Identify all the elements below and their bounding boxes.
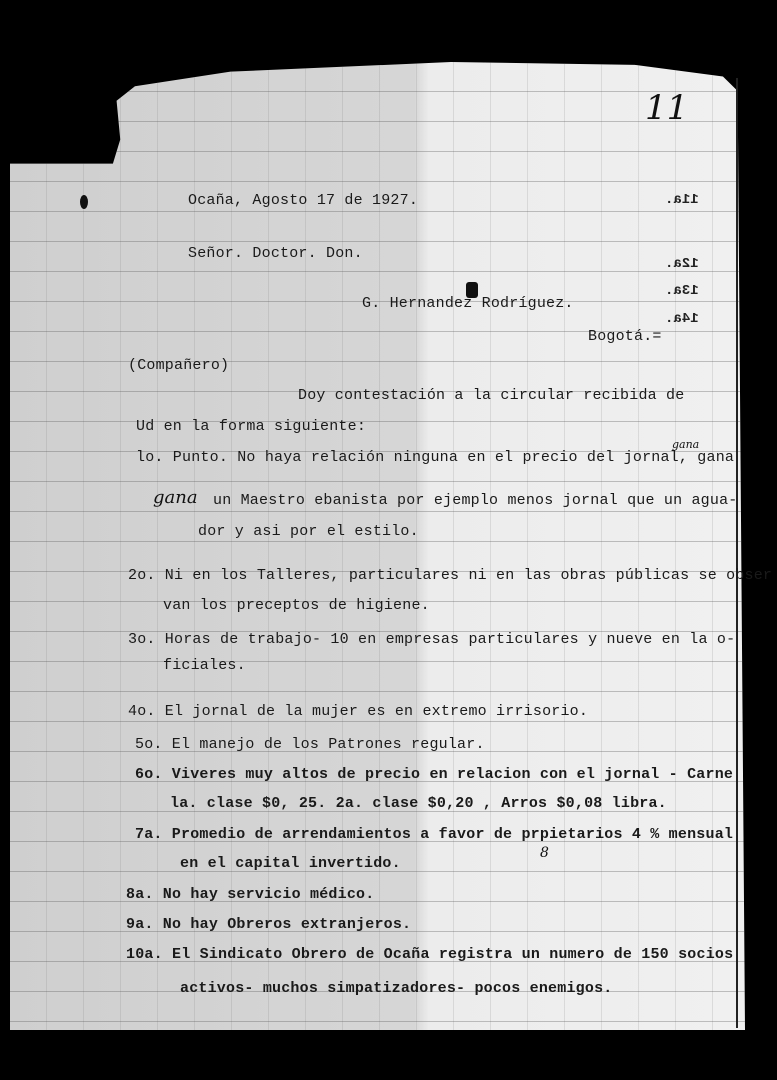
ink-blot	[80, 195, 88, 209]
bleed-through-number: 14a.	[665, 311, 699, 327]
recipient-name: G. Hernandez Rodríguez.	[362, 295, 574, 312]
item-1-line: lo. Punto. No haya relación ninguna en e…	[136, 449, 734, 466]
item-3-line: ficiales.	[163, 657, 246, 674]
item-4-line: 4o. El jornal de la mujer es en extremo …	[128, 703, 588, 720]
item-5-line: 5o. El manejo de los Patrones regular.	[135, 736, 485, 753]
item-8-line: 8a. No hay servicio médico.	[126, 886, 374, 903]
item-2-line: van los preceptos de higiene.	[163, 597, 430, 614]
bleed-through-number: 13a.	[665, 283, 699, 299]
item-6-line: la. clase $0, 25. 2a. clase $0,20 , Arro…	[170, 795, 667, 812]
handwritten-mark: 8	[540, 845, 549, 861]
intro-line: Ud en la forma siguiente:	[136, 418, 366, 435]
item-7-line: 7a. Promedio de arrendamientos a favor d…	[135, 826, 733, 843]
item-9-line: 9a. No hay Obreros extranjeros.	[126, 916, 411, 933]
bleed-through-number: 11a.	[665, 192, 699, 208]
recipient-city: Bogotá.=	[588, 328, 662, 345]
item-10-line: activos- muchos simpatizadores- pocos en…	[180, 980, 612, 997]
intro-line: Doy contestación a la circular recibida …	[298, 387, 684, 404]
page-number-handwritten: 11	[645, 88, 688, 128]
item-7-line: en el capital invertido.	[180, 855, 401, 872]
item-1-line: un Maestro ebanista por ejemplo menos jo…	[213, 492, 737, 509]
item-10-line: 10a. El Sindicato Obrero de Ocaña regist…	[126, 946, 733, 963]
item-1-line: dor y asi por el estilo.	[198, 523, 419, 540]
place-date: Ocaña, Agosto 17 de 1927.	[188, 192, 418, 209]
item-6-line: 6o. Viveres muy altos de precio en relac…	[135, 766, 733, 783]
bleed-through-number: 12a.	[665, 256, 699, 272]
handwritten-correction: gana	[153, 487, 198, 508]
greeting: (Compañero)	[128, 357, 229, 374]
item-2-line: 2o. Ni en los Talleres, particulares ni …	[128, 567, 772, 584]
margin-rule	[736, 78, 738, 1028]
item-3-line: 3o. Horas de trabajo- 10 en empresas par…	[128, 631, 735, 648]
salutation-title: Señor. Doctor. Don.	[188, 245, 363, 262]
handwritten-correction: gana	[672, 438, 699, 451]
